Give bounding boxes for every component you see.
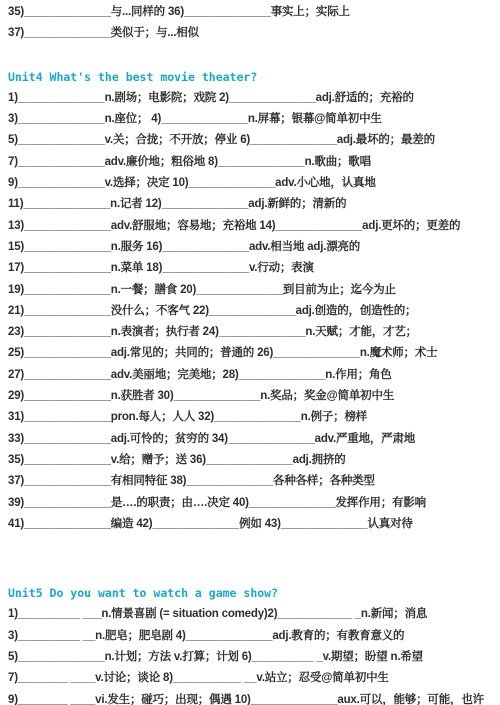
- vocab-line: 17)______________n.菜单 18)______________v…: [8, 258, 496, 279]
- vocab-line: 7)______________adv.廉价地；粗俗地 8)__________…: [8, 152, 496, 173]
- vocab-line: 35)______________v.给；赠予；送 36)___________…: [8, 450, 496, 471]
- vocab-line: 37)______________类似于；与...相似: [8, 23, 496, 44]
- unit5-heading: Unit5 Do you want to watch a game show?: [8, 583, 496, 604]
- vocab-line: 19)______________n.一餐；膳食 20)____________…: [8, 280, 496, 301]
- vocab-line: 35)______________与...同样的 36)____________…: [8, 2, 496, 23]
- vocab-line: 27)______________adv.美丽地；完美地；28)________…: [8, 365, 496, 386]
- vocab-line: 21)______________没什么；不客气 22)____________…: [8, 301, 496, 322]
- unit4-heading: Unit4 What's the best movie theater?: [8, 67, 496, 88]
- vocab-line: 15)______________n.服务 16)______________a…: [8, 237, 496, 258]
- vocab-line: 11)______________n.记者 12)______________a…: [8, 194, 496, 215]
- vocab-line: 3)__________ __n.肥皂；肥皂剧 4)______________…: [8, 626, 496, 647]
- vocab-line: 9)________ ____vi.发生；碰巧；出现；偶遇 10)_______…: [8, 690, 496, 705]
- vocab-line: 7)________ ____v.讨论；谈论 8)___________ __v…: [8, 668, 496, 689]
- vocab-line: 1)__________ ___n.情景喜剧 (= situation come…: [8, 604, 496, 625]
- vocab-line: 3)______________n.座位； 4)______________n.…: [8, 109, 496, 130]
- vocab-line: 5)______________v.关；合拢；不开放；停业 6)________…: [8, 130, 496, 151]
- vocab-line: 23)______________n.表演者；执行者 24)__________…: [8, 322, 496, 343]
- vocab-line: 13)______________adv.舒服地；容易地；充裕地 14)____…: [8, 216, 496, 237]
- vocab-line: 31)______________pron.每人；人人 32)_________…: [8, 407, 496, 428]
- vocab-line: 9)______________v.选择；决定 10)_____________…: [8, 173, 496, 194]
- vocabulary-worksheet: 35)______________与...同样的 36)____________…: [0, 0, 500, 705]
- vocab-line: 37)______________有相同特征 38)______________…: [8, 471, 496, 492]
- vocab-line: 41)______________编造 42)______________例如 …: [8, 514, 496, 535]
- vocab-line: 39)______________是….的职责；由….决定 40)_______…: [8, 493, 496, 514]
- vocab-line: 5)______________n.计划；方法 v.打算；计划 6)______…: [8, 647, 496, 668]
- vocab-line: 33)______________adj.可怜的；贫穷的 34)________…: [8, 429, 496, 450]
- vocab-line: 29)______________n.获胜者 30)______________…: [8, 386, 496, 407]
- worksheet-page: { "theme": { "background": "#ffffff", "t…: [0, 0, 500, 705]
- vocab-line: 1)______________n.剧场；电影院；戏院 2)__________…: [8, 88, 496, 109]
- vocab-line: 25)______________adj.常见的；共同的；普通的 26)____…: [8, 343, 496, 364]
